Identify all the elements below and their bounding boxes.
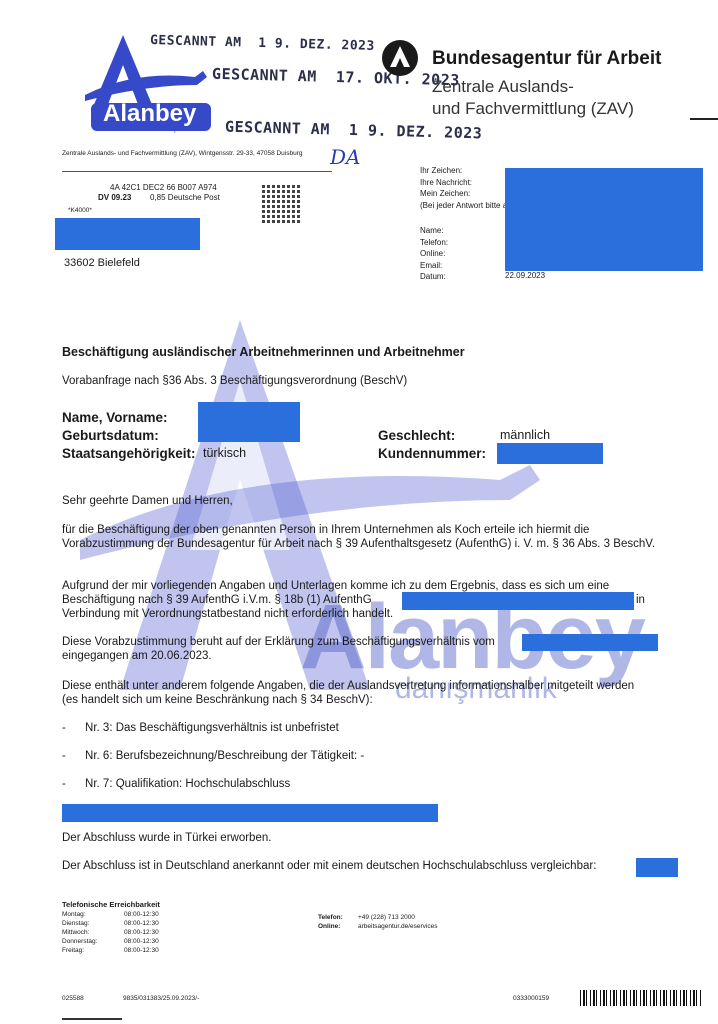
footer-code-mid: 9835/031383/25.09.2023/- — [123, 995, 199, 1002]
postage-ref: *K4000* — [68, 207, 92, 214]
list-bullet: - — [62, 722, 66, 734]
return-address-divider — [62, 171, 332, 172]
gender-label: Geschlecht: — [378, 428, 455, 443]
name-redacted — [198, 402, 300, 442]
customer-number-label: Kundennummer: — [378, 446, 486, 461]
recipient-city: 33602 Bielefeld — [64, 257, 140, 269]
contact-name-label: Name: — [420, 225, 448, 237]
footer-contact: Telefon:+49 (228) 713 2000 Online:arbeit… — [318, 913, 438, 931]
paragraph-2-line3: Verbindung mit Verordnungstatbestand nic… — [62, 608, 393, 622]
salutation: Sehr geehrte Damen und Herren, — [62, 495, 233, 509]
customer-number-redacted — [497, 443, 603, 464]
contact-online-label: Online: — [420, 248, 448, 260]
list-item: - Nr. 3: Das Beschäftigungsverhältnis is… — [62, 722, 339, 736]
paragraph-2-redacted — [402, 592, 634, 610]
hours-table: Montag:08:00-12:30 Dienstag:08:00-12:30 … — [62, 910, 159, 955]
letter-subtitle: Vorabanfrage nach §36 Abs. 3 Beschäftigu… — [62, 375, 407, 389]
letter-title: Beschäftigung ausländischer Arbeitnehmer… — [62, 345, 465, 359]
paragraph-5: Der Abschluss wurde in Türkei erworben. — [62, 832, 271, 846]
letter-date: 22.09.2023 — [505, 271, 545, 280]
return-address: Zentrale Auslands- und Fachvermittlung (… — [62, 150, 342, 158]
contact-date-label: Datum: — [420, 271, 448, 283]
nationality-label: Staatsangehörigkeit: — [62, 446, 196, 461]
nationality-value: türkisch — [203, 446, 246, 460]
footer-online-label: Online: — [318, 922, 358, 931]
list-item: - Nr. 7: Qualifikation: Hochschulabschlu… — [62, 778, 290, 792]
ba-logo-icon — [382, 40, 418, 76]
agency-dept-line2: und Fachvermittlung (ZAV) — [432, 99, 634, 119]
hours-title: Telefonische Erreichbarkeit — [62, 900, 160, 909]
footer-code-right: 0333000159 — [513, 995, 549, 1002]
postage-code: 4A 42C1 DEC2 66 B007 A974 — [110, 183, 217, 192]
birthdate-label: Geburtsdatum: — [62, 428, 159, 443]
list-bullet: - — [62, 750, 66, 762]
list-bullet: - — [62, 778, 66, 790]
footer-barcode — [580, 990, 702, 1006]
paragraph-2-line2: Beschäftigung nach § 39 AufenthG i.V.m. … — [62, 594, 372, 608]
contact-labels: Name: Telefon: Online: Email: Datum: — [420, 225, 448, 283]
hours-row: Donnerstag:08:00-12:30 — [62, 937, 159, 946]
qualification-redacted — [62, 804, 438, 822]
paragraph-6: Der Abschluss ist in Deutschland anerkan… — [62, 860, 596, 874]
recognition-redacted — [636, 858, 678, 877]
paragraph-2-line2-end: in — [636, 594, 645, 608]
alanbey-logo: Alanbey danışmanlık — [85, 35, 225, 135]
paragraph-1: für die Beschäftigung der oben genannten… — [62, 524, 672, 551]
agency-dept-line1: Zentrale Auslands- — [432, 77, 574, 97]
postage-qr-code — [262, 185, 300, 223]
footer-online-value[interactable]: arbeitsagentur.de/eservices — [358, 923, 438, 930]
paragraph-4-line2: (es handelt sich um keine Beschränkung n… — [62, 694, 373, 708]
alanbey-logo-tagline: danışmanlık — [157, 124, 200, 133]
hours-row: Mittwoch:08:00-12:30 — [62, 928, 159, 937]
postage-dv: DV 09.23 — [98, 193, 131, 202]
postage-price: 0,85 Deutsche Post — [150, 193, 220, 202]
scan-stamp-3: GESCANNT AM 1 9. DEZ. 2023 — [225, 118, 483, 143]
footer-mark — [62, 1018, 122, 1020]
hours-row: Montag:08:00-12:30 — [62, 910, 159, 919]
paragraph-3-redacted — [522, 634, 658, 651]
paragraph-3-line2: eingegangen am 20.06.2023. — [62, 650, 212, 664]
reference-redacted — [505, 168, 703, 271]
paragraph-4-line1: Diese enthält unter anderem folgende Ang… — [62, 680, 634, 694]
list-item: - Nr. 6: Berufsbezeichnung/Beschreibung … — [62, 750, 364, 764]
name-label: Name, Vorname: — [62, 410, 168, 425]
gender-value: männlich — [500, 428, 550, 442]
footer-phone-label: Telefon: — [318, 913, 358, 922]
recipient-name-redacted — [55, 218, 200, 250]
contact-phone-label: Telefon: — [420, 237, 448, 249]
scan-stamp-2: GESCANNT AM 17. OKT. 2023 — [212, 65, 460, 89]
footer-code-left: 025588 — [62, 995, 84, 1002]
paragraph-3-line1: Diese Vorabzustimmung beruht auf der Erk… — [62, 636, 495, 650]
agency-name: Bundesagentur für Arbeit — [432, 48, 661, 70]
footer-phone-value: +49 (228) 713 2000 — [358, 914, 415, 921]
hours-row: Dienstag:08:00-12:30 — [62, 919, 159, 928]
contact-email-label: Email: — [420, 260, 448, 272]
hours-row: Freitag:08:00-12:30 — [62, 946, 159, 955]
fold-mark — [690, 118, 718, 120]
